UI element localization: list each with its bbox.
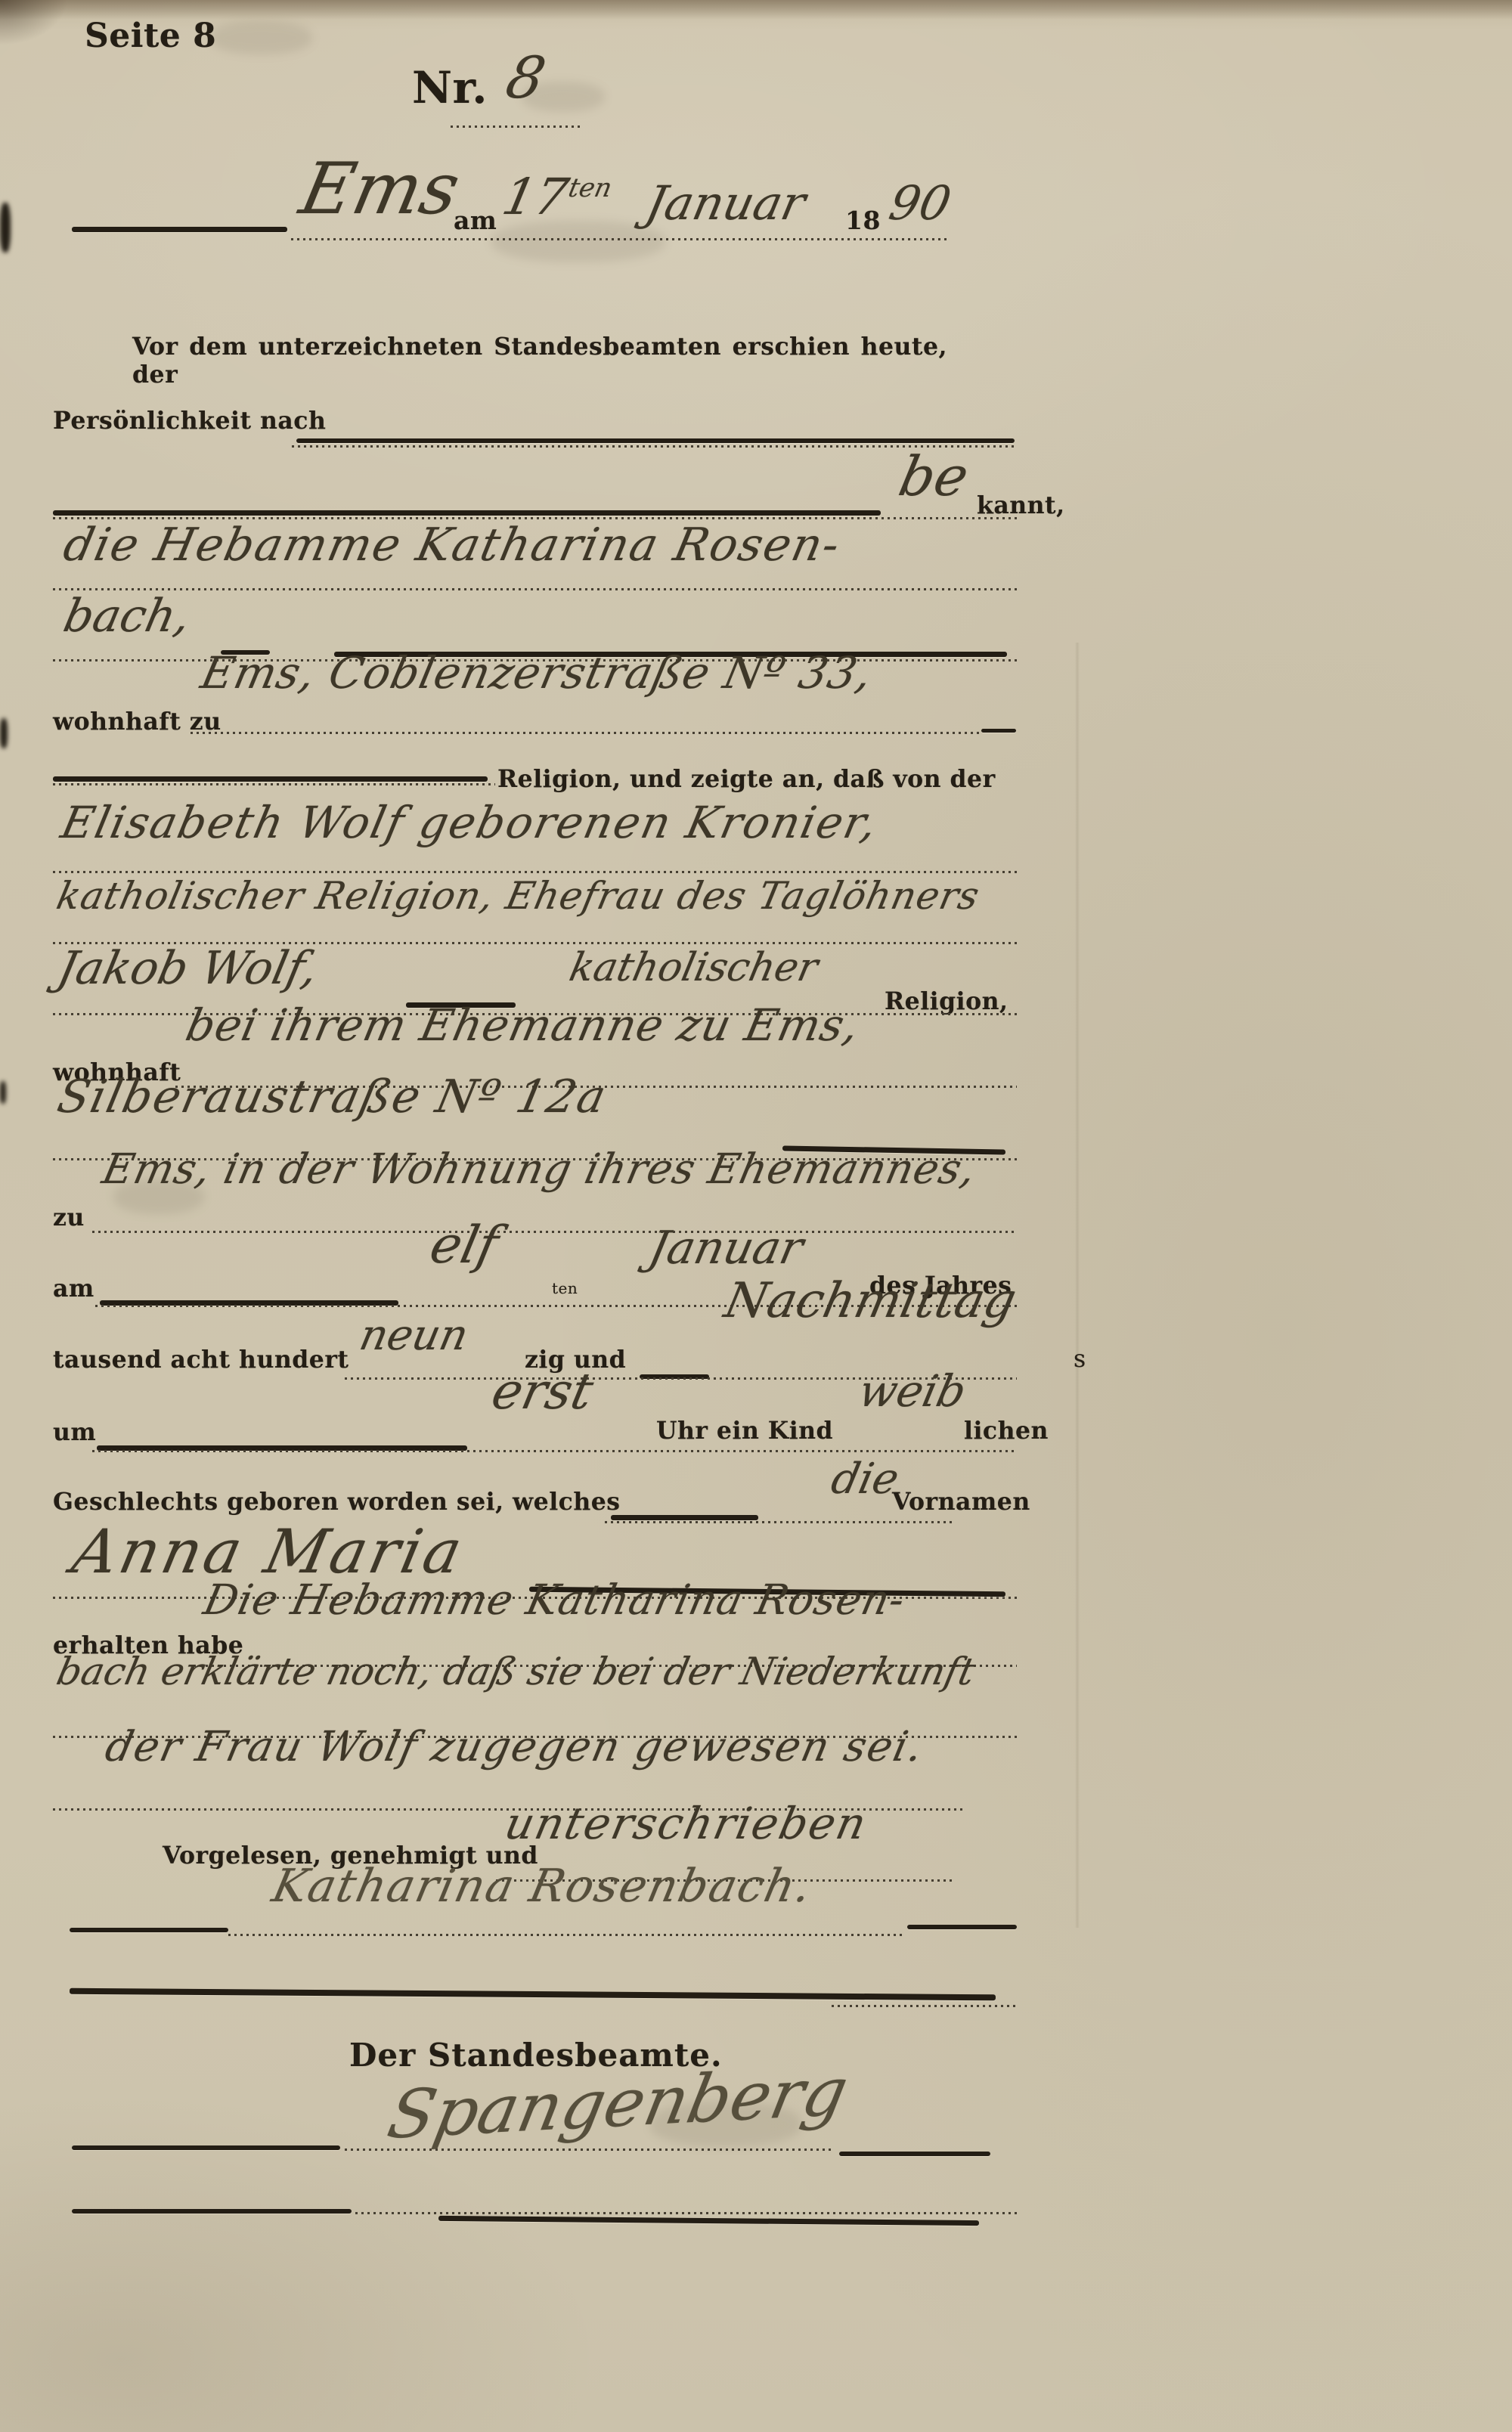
street-entry: Silberaustraße Nº 12a xyxy=(53,1070,612,1123)
um-label: um xyxy=(53,1418,96,1446)
father-religion-entry: katholischer xyxy=(565,945,822,990)
declarant-signature: Katharina Rosenbach. xyxy=(268,1860,817,1913)
edge-ink-smudge xyxy=(0,203,11,252)
tausend-print: tausend acht hundert xyxy=(53,1346,349,1374)
father-name-entry: Jakob Wolf, xyxy=(53,942,323,995)
closing-line2-entry: bach erklärte noch, daß sie bei der Nied… xyxy=(53,1650,979,1693)
day-suffix: ten xyxy=(565,173,615,203)
birth-day-entry: elf xyxy=(425,1216,503,1275)
ink-line xyxy=(72,2145,340,2150)
religion2-print: Religion, xyxy=(885,987,1009,1015)
ink-line xyxy=(72,2209,352,2214)
record-no-label: Nr. xyxy=(412,62,488,113)
unterschrieben-entry: unterschrieben xyxy=(500,1798,872,1849)
intro-line: Vor dem unterzeichneten Standesbeamten e… xyxy=(132,333,947,389)
day-number: 17 xyxy=(497,168,573,226)
ink-line xyxy=(438,2216,979,2226)
uhr-ein-kind-print: Uhr ein Kind xyxy=(656,1417,833,1445)
mother-religion-entry: katholischer Religion, Ehefrau des Taglö… xyxy=(53,874,984,918)
ink-line xyxy=(70,1988,996,2001)
dotted-rule xyxy=(832,2005,1017,2007)
day-entry: 17ten xyxy=(497,168,616,226)
ink-line xyxy=(70,1928,228,1932)
ink-line xyxy=(72,227,287,232)
birth-place-entry: Ems, in der Wohnung ihres Ehemannes, xyxy=(98,1145,981,1193)
hour-entry: erst xyxy=(487,1362,598,1420)
geschlechts-print: Geschlechts geboren worden sei, welches xyxy=(53,1488,621,1516)
am2-label: am xyxy=(53,1275,94,1303)
bleed-through-mark xyxy=(491,221,665,262)
dotted-rule xyxy=(291,238,949,240)
edge-ink-smudge xyxy=(0,718,8,748)
year-tens-entry: neun xyxy=(355,1311,472,1360)
lichen-print: lichen xyxy=(964,1417,1049,1445)
dotted-rule xyxy=(92,1450,1017,1452)
dotted-rule xyxy=(228,1934,905,1936)
father-residence-entry: bei ihrem Ehemanne zu Ems, xyxy=(181,999,864,1051)
dotted-rule xyxy=(53,871,1017,873)
page-number-label: Seite 8 xyxy=(85,17,216,55)
closing-line1-entry: Die Hebamme Katharina Rosen- xyxy=(200,1575,909,1624)
year-entry: 90 xyxy=(885,175,956,231)
dotted-rule xyxy=(345,2149,832,2151)
ink-line xyxy=(53,510,881,516)
ink-line xyxy=(839,2152,990,2156)
religion-zeigte-print: Religion, und zeigte an, daß von der xyxy=(497,765,996,793)
zu-label: zu xyxy=(53,1204,85,1231)
gender-entry: weib xyxy=(854,1365,971,1417)
page-top-edge-shadow xyxy=(0,0,1512,20)
year-century-print: 18 xyxy=(845,206,881,235)
bleed-through-mark xyxy=(210,21,312,54)
dotted-rule xyxy=(53,588,1017,590)
dotted-rule xyxy=(53,783,495,785)
ink-line xyxy=(981,729,1016,733)
dotted-rule xyxy=(605,1521,953,1523)
vornamen-print: Vornamen xyxy=(892,1488,1030,1516)
edge-ink-smudge xyxy=(0,1081,6,1104)
dotted-rule xyxy=(191,732,981,734)
ink-line xyxy=(53,776,488,782)
bekannt-hand-entry: be xyxy=(894,445,974,508)
declarant-name-line1: die Hebamme Katharina Rosen- xyxy=(59,519,845,572)
place-entry: Ems xyxy=(293,148,466,231)
mother-name-entry: Elisabeth Wolf geborenen Kronier, xyxy=(57,797,883,848)
persoenlichkeit-label: Persönlichkeit nach xyxy=(53,407,326,435)
closing-line3-entry: der Frau Wolf zugegen gewesen sei. xyxy=(101,1722,928,1771)
dotted-rule xyxy=(355,2212,1019,2214)
ink-line xyxy=(611,1515,758,1520)
month-entry: Januar xyxy=(641,175,810,231)
birth-month-entry: Januar xyxy=(644,1222,807,1275)
ten-print: ten xyxy=(552,1279,578,1297)
kannt-print: kannt, xyxy=(977,491,1065,519)
am-label: am xyxy=(454,206,497,235)
paper-crease xyxy=(1075,643,1080,1928)
page-corner-shadow xyxy=(0,0,68,45)
birth-register-page: Seite 8 Nr. 8 Ems am 17ten Januar 18 90 … xyxy=(0,0,1512,2432)
ink-line xyxy=(907,1925,1017,1929)
ink-line xyxy=(296,438,1015,443)
s-print: s xyxy=(1074,1346,1086,1373)
declarant-address-entry: Ems, Coblenzerstraße Nº 33, xyxy=(197,647,877,699)
dotted-rule xyxy=(92,1231,1017,1233)
dotted-rule xyxy=(451,125,583,128)
daytime-entry: Nachmittag xyxy=(720,1273,1021,1329)
declarant-name-line2: bach, xyxy=(59,590,195,643)
